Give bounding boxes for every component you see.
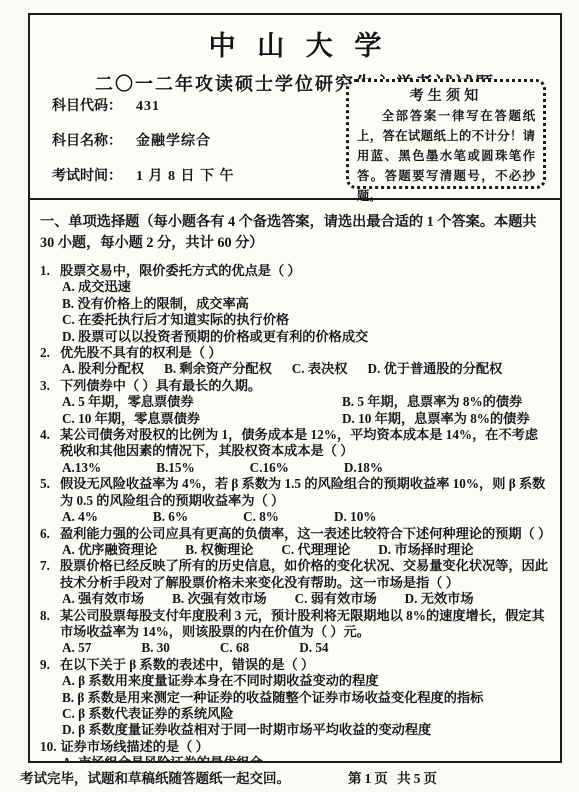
subject-name-value: 金融学综合 <box>136 134 211 149</box>
question-number: 7. <box>40 558 56 591</box>
question-number: 10. <box>40 739 56 755</box>
option: C. 表决权 <box>292 361 348 377</box>
question-4: 4. 某公司债务对股权的比例为 1，债务成本是 12%，平均资本成本是 14%，… <box>40 427 550 476</box>
option: C. 弱有效市场 <box>295 591 377 607</box>
option: C. 10 年期，零息票债券 <box>62 411 342 427</box>
question-2: 2. 优先股不具有的权利是（ ） A. 股利分配权 B. 剩余资产分配权 C. … <box>40 345 550 378</box>
question-stem: 9. 在以下关于 β 系数的表述中，错误的是（ ） <box>40 657 550 673</box>
question-7: 7. 股票价格已经反映了所有的历史信息，如价格的变化状况、交易量变化状况等，因此… <box>40 558 550 607</box>
option: A. 强有效市场 <box>62 591 144 607</box>
options: A. 优序融资理论 B. 权衡理论 C. 代理理论 D. 市场择时理论 <box>62 542 550 558</box>
notice-title: 考生须知 <box>357 85 535 105</box>
return-instruction: 考试完毕，试题和草稿纸随答题纸一起交回。 <box>20 771 290 786</box>
question-stem: 4. 某公司债务对股权的比例为 1，债务成本是 12%，平均资本成本是 14%，… <box>40 427 550 460</box>
option: A. 5 年期，零息票债券 <box>62 394 342 410</box>
option: A. 57 <box>62 640 91 656</box>
option: C. 在委托执行后才知道实际的执行价格 <box>62 312 550 328</box>
question-text: 假设无风险收益率为 4%，若 β 系数为 1.5 的风险组合的预期收益率 10%… <box>60 476 550 509</box>
option: D. 54 <box>299 640 328 656</box>
options: A. β 系数用来度量证券本身在不同时期收益变动的程度 B. β 系数是用来测定… <box>62 673 550 739</box>
option: A. 优序融资理论 <box>62 542 157 558</box>
question-text: 股票交易中，限价委托方式的优点是（ ） <box>60 263 550 279</box>
option: A. β 系数用来度量证券本身在不同时期收益变动的程度 <box>62 673 550 689</box>
question-text: 盈利能力强的公司应具有更高的负债率，这一表述比较符合下述何种理论的预期（ ） <box>60 526 550 542</box>
question-stem: 8. 某公司股票每股支付年度股利 3 元，预计股利将无限期地以 8%的速度增长，… <box>40 608 550 641</box>
option: B. 5 年期，息票率为 8%的债券 <box>342 394 550 410</box>
exam-time-value: 1 月 8 日 下 午 <box>136 169 235 184</box>
option: D. 10% <box>334 509 377 525</box>
options: A. 股利分配权 B. 剩余资产分配权 C. 表决权 D. 优于普通股的分配权 <box>62 361 550 377</box>
option: B. 30 <box>141 640 170 656</box>
question-stem: 6. 盈利能力强的公司应具有更高的负债率，这一表述比较符合下述何种理论的预期（ … <box>40 526 550 542</box>
question-text: 股票价格已经反映了所有的历史信息，如价格的变化状况、交易量变化状况等，因此技术分… <box>60 558 550 591</box>
question-text: 某公司债务对股权的比例为 1，债务成本是 12%，平均资本成本是 14%，在不考… <box>60 427 550 460</box>
option: C. β 系数代表证券的系统风险 <box>62 706 550 722</box>
exam-info: 科目代码：431 科目名称：金融学综合 考试时间：1 月 8 日 下 午 <box>52 95 235 200</box>
question-6: 6. 盈利能力强的公司应具有更高的负债率，这一表述比较符合下述何种理论的预期（ … <box>40 526 550 559</box>
question-text: 下列债券中（ ）具有最长的久期。 <box>60 378 550 394</box>
option: B. 权衡理论 <box>185 542 253 558</box>
option: B. β 系数是用来测定一种证券的收益随整个证券市场收益变化程度的指标 <box>62 690 550 706</box>
option: B.15% <box>156 460 194 476</box>
question-number: 2. <box>40 345 56 361</box>
option: D.18% <box>344 460 383 476</box>
option: C. 代理理论 <box>281 542 350 558</box>
option: C.16% <box>250 460 289 476</box>
question-9: 9. 在以下关于 β 系数的表述中，错误的是（ ） A. β 系数用来度量证券本… <box>40 657 550 739</box>
question-text: 在以下关于 β 系数的表述中，错误的是（ ） <box>60 657 550 673</box>
options: A.13% B.15% C.16% D.18% <box>62 460 550 476</box>
option: A. 成交迅速 <box>62 279 550 295</box>
option: D. 市场择时理论 <box>378 542 473 558</box>
subject-code-value: 431 <box>136 99 160 114</box>
option: D. β 系数度量证券收益相对于同一时期市场平均收益的变动程度 <box>62 722 550 738</box>
university-title: 中山大学 <box>30 15 560 63</box>
option: D. 无效市场 <box>405 591 474 607</box>
options: A. 成交迅速 B. 没有价格上的限制，成交率高 C. 在委托执行后才知道实际的… <box>62 279 550 345</box>
question-number: 5. <box>40 476 56 509</box>
question-text: 某公司股票每股支付年度股利 3 元，预计股利将无限期地以 8%的速度增长，假定其… <box>60 608 550 641</box>
question-number: 9. <box>40 657 56 673</box>
question-stem: 10. 证券市场线描述的是（ ） <box>40 739 550 755</box>
subject-code-label: 科目代码： <box>52 99 122 114</box>
option: A. 股利分配权 <box>62 361 144 377</box>
options: A. 市场组合是风险证券的最优组合 <box>62 755 550 763</box>
question-stem: 1. 股票交易中，限价委托方式的优点是（ ） <box>40 263 550 279</box>
option: D. 10 年期，息票率为 8%的债券 <box>342 411 550 427</box>
question-number: 8. <box>40 608 56 641</box>
question-stem: 2. 优先股不具有的权利是（ ） <box>40 345 550 361</box>
question-5: 5. 假设无风险收益率为 4%，若 β 系数为 1.5 的风险组合的预期收益率 … <box>40 476 550 525</box>
question-stem: 7. 股票价格已经反映了所有的历史信息，如价格的变化状况、交易量变化状况等，因此… <box>40 558 550 591</box>
question-8: 8. 某公司股票每股支付年度股利 3 元，预计股利将无限期地以 8%的速度增长，… <box>40 608 550 657</box>
option: C. 68 <box>220 640 249 656</box>
option: B. 次强有效市场 <box>172 591 267 607</box>
question-3: 3. 下列债券中（ ）具有最长的久期。 A. 5 年期，零息票债券 B. 5 年… <box>40 378 550 427</box>
subject-code-row: 科目代码：431 <box>52 95 235 115</box>
options: A. 4% B. 6% C. 8% D. 10% <box>62 509 550 525</box>
subject-name-row: 科目名称：金融学综合 <box>52 130 235 150</box>
option: A.13% <box>62 460 101 476</box>
question-10: 10. 证券市场线描述的是（ ） A. 市场组合是风险证券的最优组合 <box>40 739 550 763</box>
question-1: 1. 股票交易中，限价委托方式的优点是（ ） A. 成交迅速 B. 没有价格上的… <box>40 263 550 345</box>
question-number: 4. <box>40 427 56 460</box>
section-heading: 一、单项选择题（每小题各有 4 个备选答案，请选出最合适的 1 个答案。本题共 … <box>40 212 550 254</box>
question-stem: 5. 假设无风险收益率为 4%，若 β 系数为 1.5 的风险组合的预期收益率 … <box>40 476 550 509</box>
page-border: 中山大学 二〇一二年攻读硕士学位研究生入学考试试题 科目代码：431 科目名称：… <box>28 13 562 763</box>
question-text: 优先股不具有的权利是（ ） <box>60 345 550 361</box>
option: B. 6% <box>153 509 188 525</box>
options: A. 强有效市场 B. 次强有效市场 C. 弱有效市场 D. 无效市场 <box>62 591 550 607</box>
option: C. 8% <box>243 509 279 525</box>
question-number: 3. <box>40 378 56 394</box>
option: B. 剩余资产分配权 <box>164 361 272 377</box>
question-text: 证券市场线描述的是（ ） <box>60 739 550 755</box>
notice-box: 考生须知 全部答案一律写在答题纸上，答在试题纸上的不计分！请用蓝、黑色墨水笔或圆… <box>346 79 546 189</box>
option: A. 市场组合是风险证券的最优组合 <box>62 755 550 763</box>
options: A. 57 B. 30 C. 68 D. 54 <box>62 640 550 656</box>
option: A. 4% <box>62 509 98 525</box>
option: D. 股票可以以投资者预期的价格或更有利的价格成交 <box>62 329 550 345</box>
page-footer: 考试完毕，试题和草稿纸随答题纸一起交回。 第1页 共5页 <box>20 767 565 787</box>
page-indicator: 第1页 共5页 <box>348 767 440 787</box>
notice-body: 全部答案一律写在答题纸上，答在试题纸上的不计分！请用蓝、黑色墨水笔或圆珠笔作答。… <box>357 106 535 206</box>
question-number: 6. <box>40 526 56 542</box>
options: A. 5 年期，零息票债券 B. 5 年期，息票率为 8%的债券 C. 10 年… <box>62 394 550 427</box>
exam-time-row: 考试时间：1 月 8 日 下 午 <box>52 165 235 185</box>
subject-name-label: 科目名称： <box>52 134 122 149</box>
question-number: 1. <box>40 263 56 279</box>
question-area: 一、单项选择题（每小题各有 4 个备选答案，请选出最合适的 1 个答案。本题共 … <box>30 200 560 763</box>
question-stem: 3. 下列债券中（ ）具有最长的久期。 <box>40 378 550 394</box>
option: B. 没有价格上的限制，成交率高 <box>62 296 550 312</box>
exam-header: 中山大学 二〇一二年攻读硕士学位研究生入学考试试题 科目代码：431 科目名称：… <box>30 15 560 200</box>
exam-time-label: 考试时间： <box>52 169 122 184</box>
option: D. 优于普通股的分配权 <box>367 361 502 377</box>
